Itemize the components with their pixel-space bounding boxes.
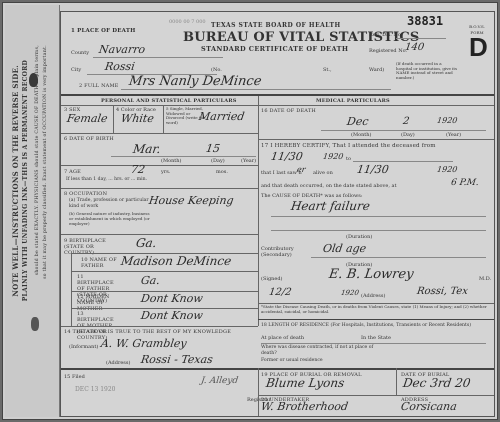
death-day: 2 [402, 116, 410, 127]
to-label: to [346, 156, 351, 162]
cause-line-1 [271, 216, 486, 217]
informant-value: A. W. Grambley [100, 337, 187, 350]
filed-stamp: DEC 13 1920 [75, 386, 116, 393]
personal-title-line [61, 105, 258, 106]
pointing-hand-icon [29, 73, 38, 87]
residence-line [261, 343, 486, 344]
birthplace-value: Ga. [135, 236, 158, 250]
undertaker-value: W. Brotherhood [260, 400, 349, 413]
row-divider-9 [61, 326, 258, 327]
death-year-label: (Year) [446, 132, 461, 138]
burial-row-divider [258, 395, 494, 396]
father-name-value: Madison DeMince [120, 254, 232, 268]
registered-label: Registered No. [369, 48, 407, 54]
duration-label-1: (Duration) [346, 234, 372, 240]
med-divider-3 [258, 319, 494, 320]
place-of-death-label: 1 PLACE OF DEATH [71, 28, 136, 34]
certificate-subtitle: STANDARD CERTIFICATE OF DEATH [201, 45, 348, 53]
burial-left-divider [258, 368, 259, 416]
county-label: County [71, 50, 89, 56]
med-divider-1 [258, 139, 494, 140]
cause-line-2 [271, 230, 486, 231]
form-letter-d: D [469, 32, 488, 63]
death-certificate-form: 0000 00 7 000 1 PLACE OF DEATH TEXAS STA… [60, 11, 495, 417]
dob-label: 6 DATE OF BIRTH [64, 136, 114, 142]
mother-birthplace-value: Dont Know [140, 309, 204, 322]
death-occurred-label: and that death occurred, on the date sta… [261, 183, 397, 189]
burial-date-value: Dec 3rd 20 [402, 376, 471, 390]
hospital-note: (If death occurred in a hospital or inst… [396, 62, 458, 80]
margin-note-line1: NOTE WELL—INSTRUCTIONS ON THE REVERSE SI… [11, 65, 20, 297]
informant-address-label: (Address) [106, 360, 130, 366]
informant-label: (Informant) [69, 344, 98, 350]
city-value: Rossi [104, 60, 136, 73]
last-seen-year: 1920 [436, 165, 458, 174]
column-divider [258, 96, 259, 326]
contributory-label: Contributory (Secondary) [261, 246, 311, 258]
row-divider-4 [61, 234, 258, 235]
ward-label: Ward) [369, 67, 384, 73]
sex-value: Female [66, 112, 108, 125]
attended-from-date: 11/30 [270, 150, 304, 163]
mother-name-label: 12 MAIDEN NAME OF MOTHER [77, 294, 122, 312]
mother-name-value: Dont Know [140, 292, 204, 305]
margin-note-line2: PLAINLY WITH UNFADING INK—THIS IS A PERM… [22, 60, 29, 301]
parents-bracket-line [71, 253, 72, 326]
father-name-label: 10 NAME OF FATHER [81, 257, 121, 269]
dob-month: Mar. [132, 142, 162, 156]
former-residence-label: Former or usual residence [261, 358, 341, 364]
signed-label: (Signed) [261, 276, 283, 282]
death-month-label: (Month) [351, 132, 371, 138]
burial-place-value: Blume Lyons [265, 376, 345, 390]
full-name-line [121, 89, 391, 90]
certify-label: 17 I HEREBY CERTIFY, That I attended the… [261, 143, 436, 149]
burial-date-divider [396, 368, 397, 395]
no-label: (No. [211, 67, 222, 73]
attended-from-year: 1920 [322, 152, 344, 161]
residence-label: 18 LENGTH OF RESIDENCE (For Hospitals, I… [261, 323, 489, 329]
full-name-label: 2 FULL NAME [79, 83, 119, 89]
agency-name: TEXAS STATE BOARD OF HEALTH [211, 22, 341, 29]
death-year: 1920 [436, 116, 458, 125]
dob-day-label: (Day) [211, 158, 225, 164]
where-contracted-label: Where was disease contracted, if not at … [261, 345, 381, 356]
dob-day: 15 [205, 142, 221, 155]
row-divider-1 [61, 133, 258, 134]
top-stamp: 0000 00 7 000 [169, 19, 206, 25]
row-divider-2 [61, 165, 258, 166]
medical-section-title: MEDICAL PARTICULARS [316, 98, 390, 104]
cause-value: Heart failure [290, 199, 371, 213]
death-time: 6 P.M. [450, 178, 479, 188]
physician-signature: E. B. Lowrey [328, 267, 415, 282]
footer-divider [61, 368, 494, 370]
row-divider-3 [61, 188, 258, 189]
street-label: St., [323, 67, 332, 73]
header-divider [61, 94, 494, 96]
full-name-value: Mrs Nanly DeMince [128, 74, 263, 89]
marital-value: Married [198, 110, 245, 123]
undertaker-address-value: Corsicana [400, 400, 458, 413]
signed-date: 12/2 [268, 287, 292, 298]
death-date-line [321, 130, 486, 131]
registered-number: 140 [404, 42, 425, 53]
age-value: 72 [130, 163, 146, 176]
alive-on-label: alive on [313, 170, 333, 176]
in-state-label: In the State [361, 335, 391, 341]
reg-dis-line [396, 38, 446, 39]
occupation-value: House Keeping [148, 194, 234, 207]
occupation-b-label: (b) General nature of industry, business… [69, 212, 154, 226]
city-label: City [71, 67, 81, 73]
medical-title-line [258, 105, 494, 106]
dob-month-label: (Month) [161, 158, 181, 164]
at-place-label: At place of death [261, 335, 304, 341]
physician-address-label: (Address) [361, 293, 385, 299]
county-value: Navarro [98, 43, 146, 56]
mos-label: mos. [216, 169, 228, 175]
registrar-signature: J. Alleyd [200, 376, 238, 386]
certificate-number: 38831 [407, 14, 443, 28]
occupation-a-label: (a) Trade, profession or particular kind… [69, 198, 149, 209]
contributory-line [311, 257, 486, 258]
contributory-value: Old age [322, 242, 367, 255]
filed-label: 15 Filed [64, 374, 85, 380]
race-marital-divider [163, 105, 164, 133]
last-seen-date: 11/30 [356, 163, 390, 176]
informant-address-value: Rossi - Texas [140, 353, 214, 366]
less-than-day-note: If less than 1 day, ... hrs. or ... min. [66, 177, 147, 183]
yrs-label: yrs. [161, 169, 170, 175]
date-of-death-label: 16 DATE OF DEATH [261, 108, 316, 114]
margin-note-line4: so that it may be properly classified. E… [43, 45, 48, 279]
physician-address-value: Rossi, Tex [416, 286, 468, 297]
death-month: Dec [346, 115, 369, 128]
dob-year-label: (Year) [241, 158, 256, 164]
certificate-page: NOTE WELL—INSTRUCTIONS ON THE REVERSE SI… [2, 2, 498, 420]
left-margin-instructions: NOTE WELL—INSTRUCTIONS ON THE REVERSE SI… [5, 5, 60, 417]
cause-footnote: *State the Disease Causing Death, or in … [261, 305, 489, 314]
county-line [93, 57, 223, 58]
personal-section-title: PERSONAL AND STATISTICAL PARTICULARS [101, 98, 237, 104]
occupation-label: 8 OCCUPATION [64, 191, 107, 197]
signed-year: 1920 [340, 289, 359, 297]
death-day-label: (Day) [401, 132, 415, 138]
sex-race-divider [113, 105, 114, 133]
last-saw-pronoun: er [296, 165, 306, 174]
md-label: M.D. [479, 276, 491, 282]
informant-note: 14 THE ABOVE IS TRUE TO THE BEST OF MY K… [64, 329, 231, 335]
pointing-hand-icon-lower [31, 317, 39, 331]
age-label: 7 AGE [64, 169, 81, 175]
row-divider-6 [71, 271, 258, 272]
dob-line [111, 156, 256, 157]
father-birthplace-value: Ga. [140, 274, 161, 287]
race-value: White [120, 112, 155, 125]
attended-to-line [353, 161, 453, 162]
